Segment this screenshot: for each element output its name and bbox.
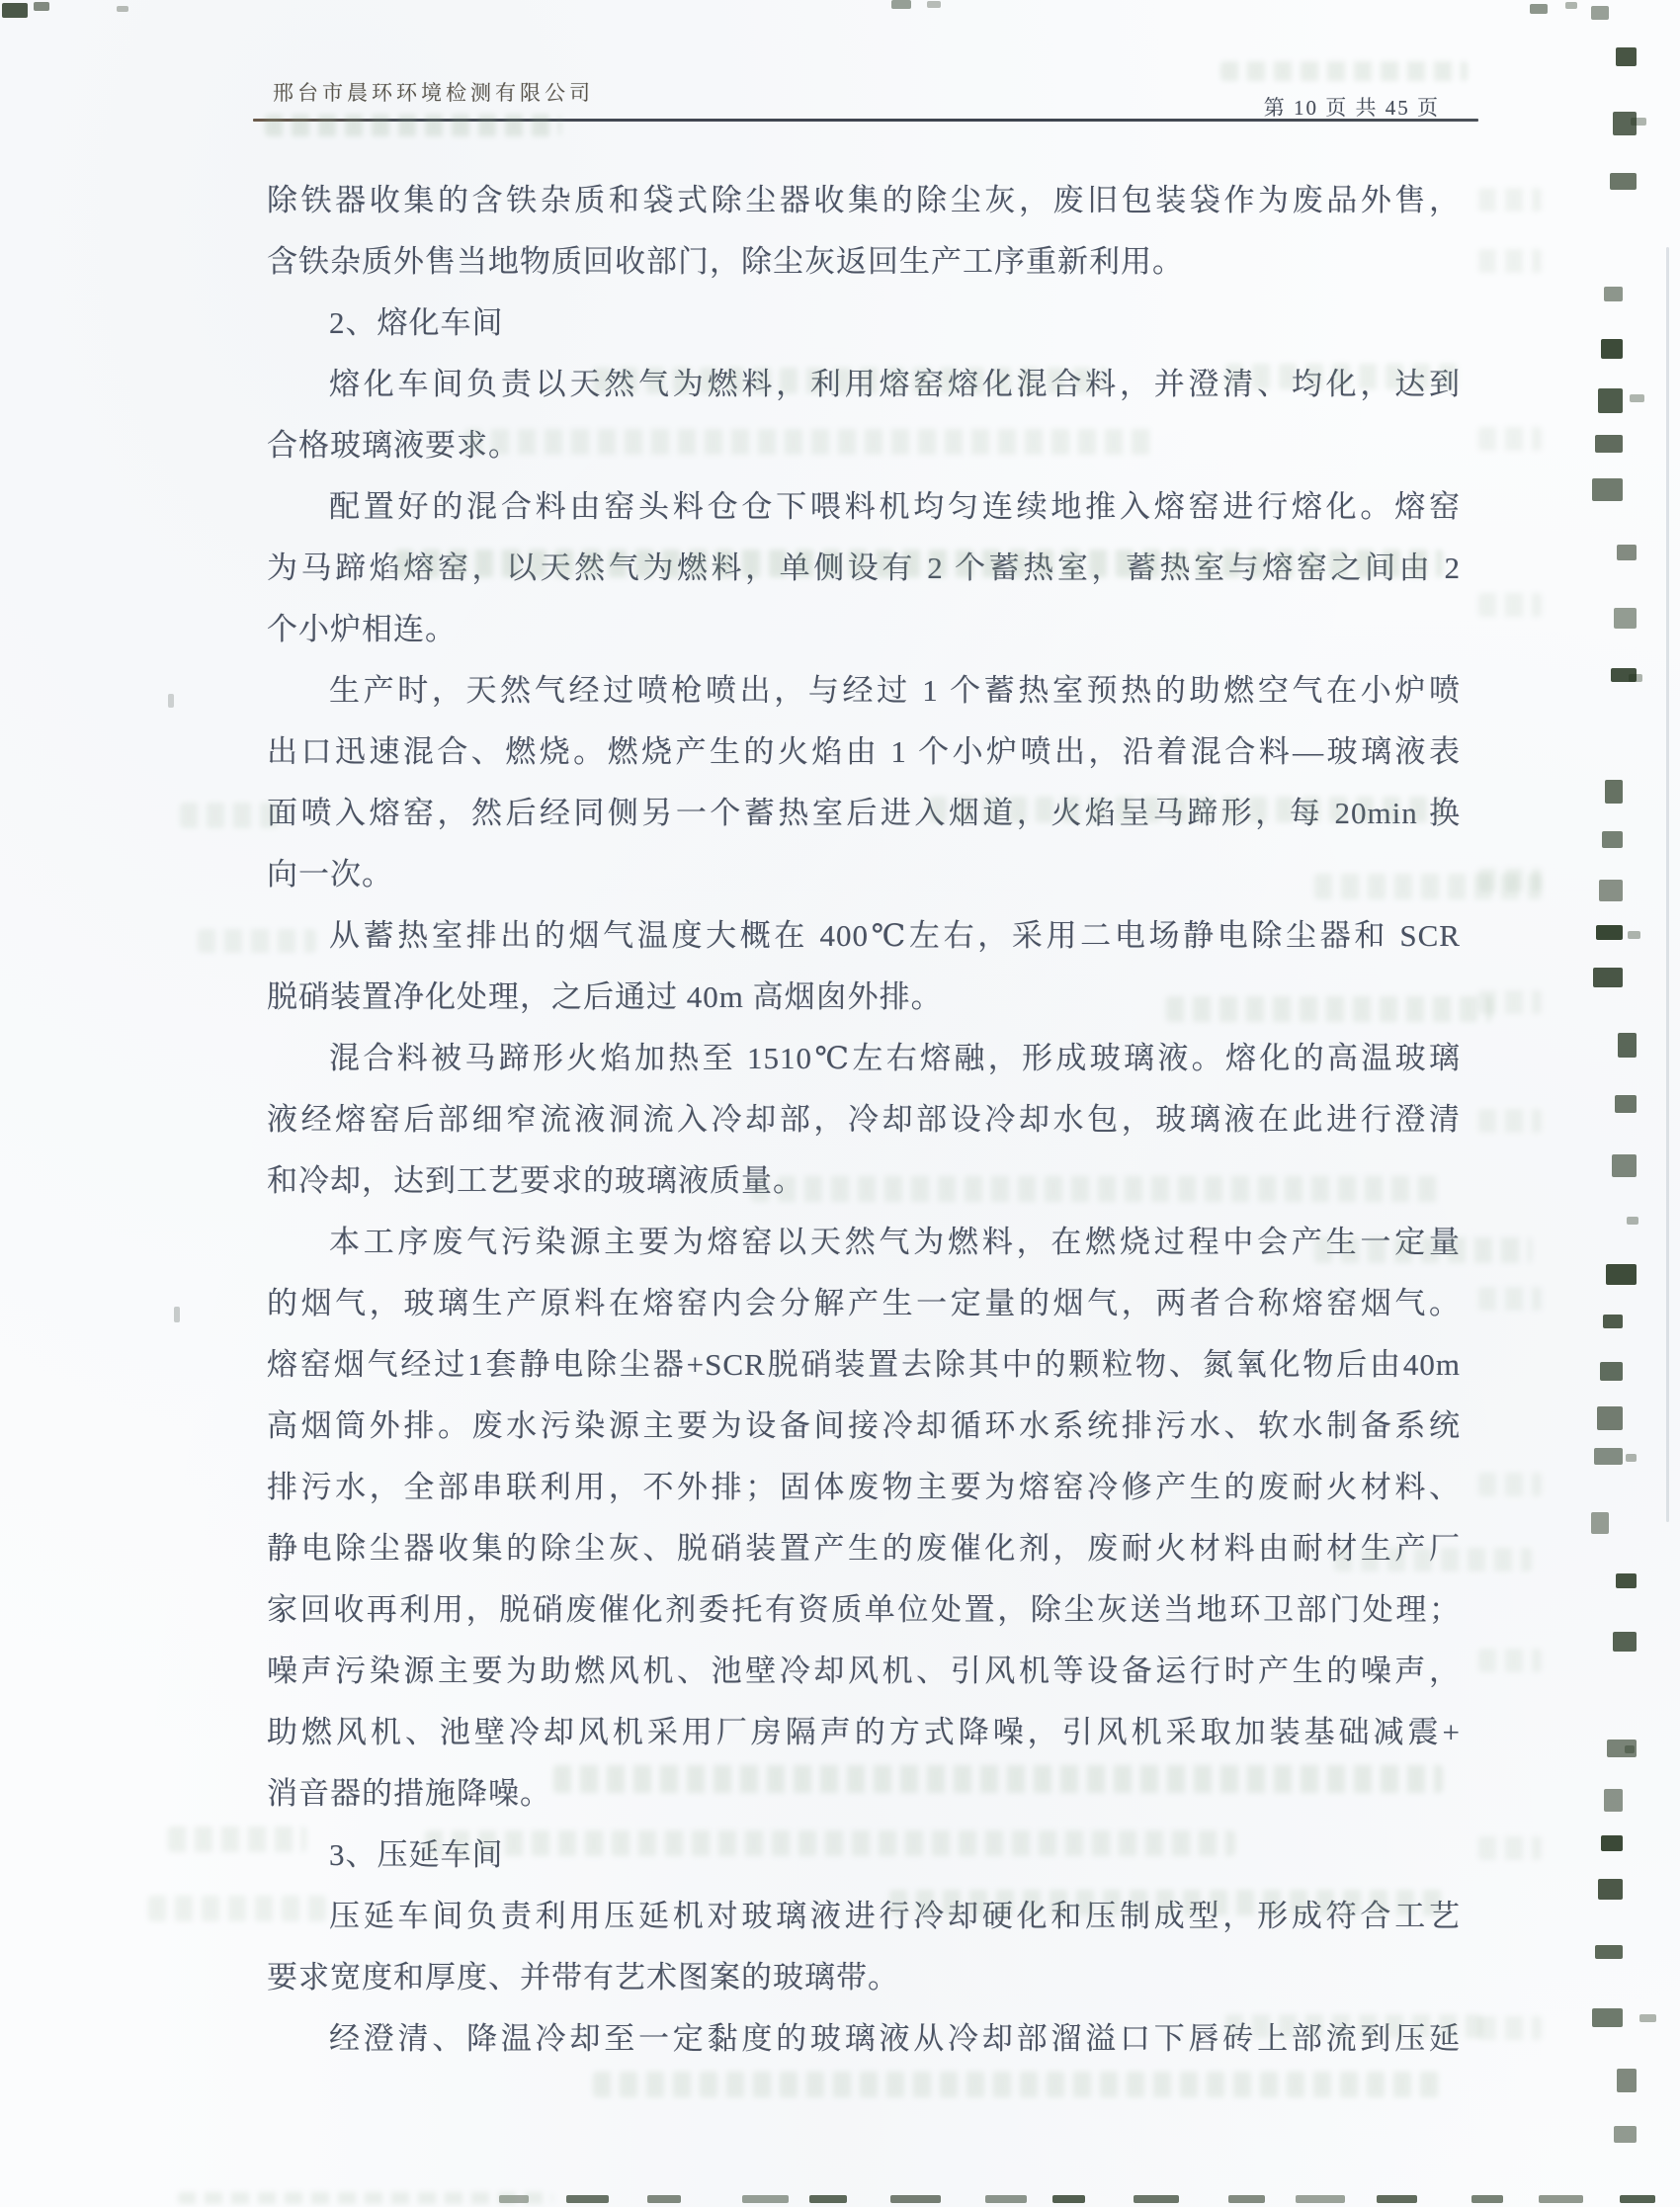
scan-speck: [1598, 388, 1623, 413]
scan-speck: [1605, 780, 1623, 804]
scan-speck: [1591, 1512, 1609, 1534]
scan-speck: [1625, 1745, 1635, 1753]
text-line: 家回收再利用，脱硝废催化剂委托有资质单位处置，除尘灰送当地环卫部门处理；: [267, 1579, 1461, 1641]
ink-bleed-through: [1478, 427, 1542, 451]
scan-speck: [927, 1, 941, 8]
ink-bleed-through: [1478, 1836, 1542, 1860]
page-number: 第 10 页 共 45 页: [1264, 92, 1440, 122]
scan-speck: [1612, 1154, 1637, 1177]
scan-speck: [1530, 4, 1548, 14]
ink-bleed-through: [1478, 1287, 1542, 1311]
scanned-document-page: 邢台市晨环环境检测有限公司 第 10 页 共 45 页 除铁器收集的含铁杂质和袋…: [0, 0, 1680, 2207]
text-line: 熔窑烟气经过1套静电除尘器+SCR脱硝装置去除其中的颗粒物、氮氧化物后由40m: [267, 1334, 1461, 1396]
scan-speck: [1610, 173, 1637, 190]
ink-bleed-through: [1225, 2014, 1482, 2038]
text-line: 从蓄热室排出的烟气温度大概在 400℃左右，采用二电场静电除尘器和 SCR: [267, 905, 1461, 967]
scan-speck: [1602, 831, 1623, 848]
text-line: 配置好的混合料由窑头料仓仓下喂料机均匀连续地推入熔窑进行熔化。熔窑: [267, 476, 1461, 538]
scan-speck: [1628, 931, 1640, 939]
scan-speck: [1629, 674, 1642, 682]
scan-speck: [1620, 2195, 1655, 2203]
text-line: 噪声污染源主要为助燃风机、池壁冷却风机、引风机等设备运行时产生的噪声，: [267, 1641, 1461, 1702]
scan-speck: [34, 2, 49, 11]
text-line: 个小炉相连。: [267, 599, 1461, 660]
text-line: 出口迅速混合、燃烧。燃烧产生的火焰由 1 个小炉喷出，沿着混合料—玻璃液表: [267, 722, 1461, 783]
scan-speck: [1600, 1362, 1623, 1381]
scan-speck: [1601, 1835, 1623, 1851]
text-line: 排污水，全部串联利用，不外排；固体废物主要为熔窑冷修产生的废耐火材料、: [267, 1457, 1461, 1518]
scan-speck: [1596, 925, 1623, 940]
text-line: 混合料被马蹄形火焰加热至 1510℃左右熔融，形成玻璃液。熔化的高温玻璃: [267, 1028, 1461, 1089]
scan-speck: [1593, 968, 1623, 987]
ink-bleed-through: [1334, 1548, 1532, 1571]
scan-speck: [1296, 2195, 1345, 2203]
ink-bleed-through: [1478, 990, 1542, 1014]
scan-speck: [566, 2195, 609, 2203]
ink-bleed-through: [1478, 188, 1542, 212]
scan-speck: [1626, 1454, 1637, 1462]
scan-speck: [1052, 2195, 1085, 2203]
ink-bleed-through: [148, 1896, 326, 1921]
text-line: 要求宽度和厚度、并带有艺术图案的玻璃带。: [267, 1947, 1461, 2008]
text-line: 含铁杂质外售当地物质回收部门，除尘灰返回生产工序重新利用。: [267, 231, 1461, 293]
scan-speck: [742, 2195, 789, 2203]
scan-speck: [1591, 6, 1609, 20]
scan-speck: [1597, 1406, 1623, 1430]
ink-bleed-through: [1478, 593, 1542, 617]
ink-bleed-through: [180, 803, 289, 828]
scan-speck: [985, 2195, 1027, 2203]
ink-bleed-through: [395, 550, 1443, 577]
scan-speck: [1639, 2014, 1656, 2022]
scan-speck: [1631, 118, 1646, 126]
scan-speck: [1228, 2195, 1265, 2203]
paper-edge-shadow: [1666, 247, 1669, 1522]
scan-speck: [1603, 1315, 1623, 1328]
ink-bleed-through: [1478, 1649, 1542, 1672]
scan-speck: [1616, 47, 1637, 66]
ink-bleed-through: [1225, 364, 1463, 389]
ink-bleed-through: [1478, 249, 1542, 273]
scan-speck: [1539, 2195, 1583, 2203]
ink-bleed-through: [929, 797, 1443, 822]
text-line: 液经熔窑后部细窄流液洞流入冷却部，冷却部设冷却水包，玻璃液在此进行澄清: [267, 1089, 1461, 1150]
scan-speck: [1614, 608, 1637, 629]
scan-speck: [1604, 1789, 1623, 1812]
company-name: 邢台市晨环环境检测有限公司: [273, 77, 594, 107]
ink-bleed-through: [1166, 996, 1492, 1022]
scan-speck: [1617, 2069, 1637, 2092]
ink-bleed-through: [168, 1826, 306, 1852]
scan-speck: [1594, 1448, 1623, 1465]
ink-bleed-through: [593, 2072, 1443, 2097]
ink-bleed-through: [178, 2192, 553, 2204]
scan-speck: [1377, 2195, 1417, 2203]
text-line: 2、熔化车间: [267, 293, 1461, 354]
scan-speck: [1599, 880, 1623, 901]
ink-bleed-through: [198, 929, 316, 953]
ink-bleed-through: [1478, 1109, 1542, 1133]
ink-bleed-through: [1478, 1473, 1542, 1496]
ink-bleed-through: [1478, 2016, 1542, 2040]
scan-speck: [1614, 2126, 1637, 2143]
scan-speck: [891, 0, 911, 9]
scan-speck: [1592, 478, 1623, 501]
text-line: 向一次。: [267, 844, 1461, 905]
ink-bleed-through: [1220, 61, 1468, 81]
scan-speck: [1616, 1573, 1637, 1588]
scan-speck: [1601, 339, 1623, 359]
text-line: 除铁器收集的含铁杂质和袋式除尘器收集的除尘灰，废旧包装袋作为废品外售，: [267, 170, 1461, 231]
text-line: 生产时，天然气经过喷枪喷出，与经过 1 个蓄热室预热的助燃空气在小炉喷: [267, 660, 1461, 722]
text-line: 助燃风机、池壁冷却风机采用厂房隔声的方式降噪，引风机采取加装基础减震+: [267, 1702, 1461, 1763]
ink-bleed-through: [751, 1176, 1443, 1202]
scan-speck: [1598, 1879, 1623, 1900]
scan-speck: [1615, 1095, 1637, 1113]
text-line: 高烟筒外排。废水污染源主要为设备间接冷却循环水系统排污水、软水制备系统: [267, 1396, 1461, 1457]
ink-bleed-through: [1478, 868, 1542, 891]
text-line: 本工序废气污染源主要为熔窑以天然气为燃料，在燃烧过程中会产生一定量: [267, 1212, 1461, 1273]
ink-bleed-through: [889, 1890, 1443, 1915]
ink-bleed-through: [553, 1765, 1443, 1793]
scan-speck: [1565, 2, 1577, 9]
scan-speck: [1595, 435, 1623, 453]
scan-speck: [809, 2195, 847, 2203]
scan-speck: [168, 694, 174, 708]
scan-speck: [890, 2195, 941, 2203]
ink-bleed-through: [265, 115, 561, 136]
scan-speck: [117, 6, 128, 12]
text-line: 的烟气，玻璃生产原料在熔窑内会分解产生一定量的烟气，两者合称熔窑烟气。: [267, 1273, 1461, 1334]
scan-speck: [1134, 2195, 1179, 2203]
scan-speck: [1604, 287, 1623, 301]
scan-speck: [1613, 1632, 1637, 1652]
scan-speck: [1606, 1264, 1637, 1285]
scan-speck: [1618, 1033, 1637, 1058]
scan-speck: [1630, 394, 1644, 402]
scan-speck: [174, 1307, 180, 1322]
scan-speck: [1592, 2008, 1623, 2027]
ink-bleed-through: [464, 429, 1156, 455]
scan-speck: [2, 3, 28, 18]
ink-bleed-through: [425, 1830, 1235, 1856]
scan-speck: [1471, 2195, 1503, 2203]
scan-speck: [647, 2195, 681, 2203]
scan-speck: [1617, 545, 1637, 560]
text-line: 静电除尘器收集的除尘灰、脱硝装置产生的废催化剂，废耐火材料由耐材生产厂: [267, 1518, 1461, 1579]
ink-bleed-through: [1314, 1237, 1532, 1263]
scan-speck: [1627, 1217, 1638, 1225]
scan-speck: [1595, 1945, 1623, 1959]
ink-bleed-through: [593, 368, 1107, 393]
